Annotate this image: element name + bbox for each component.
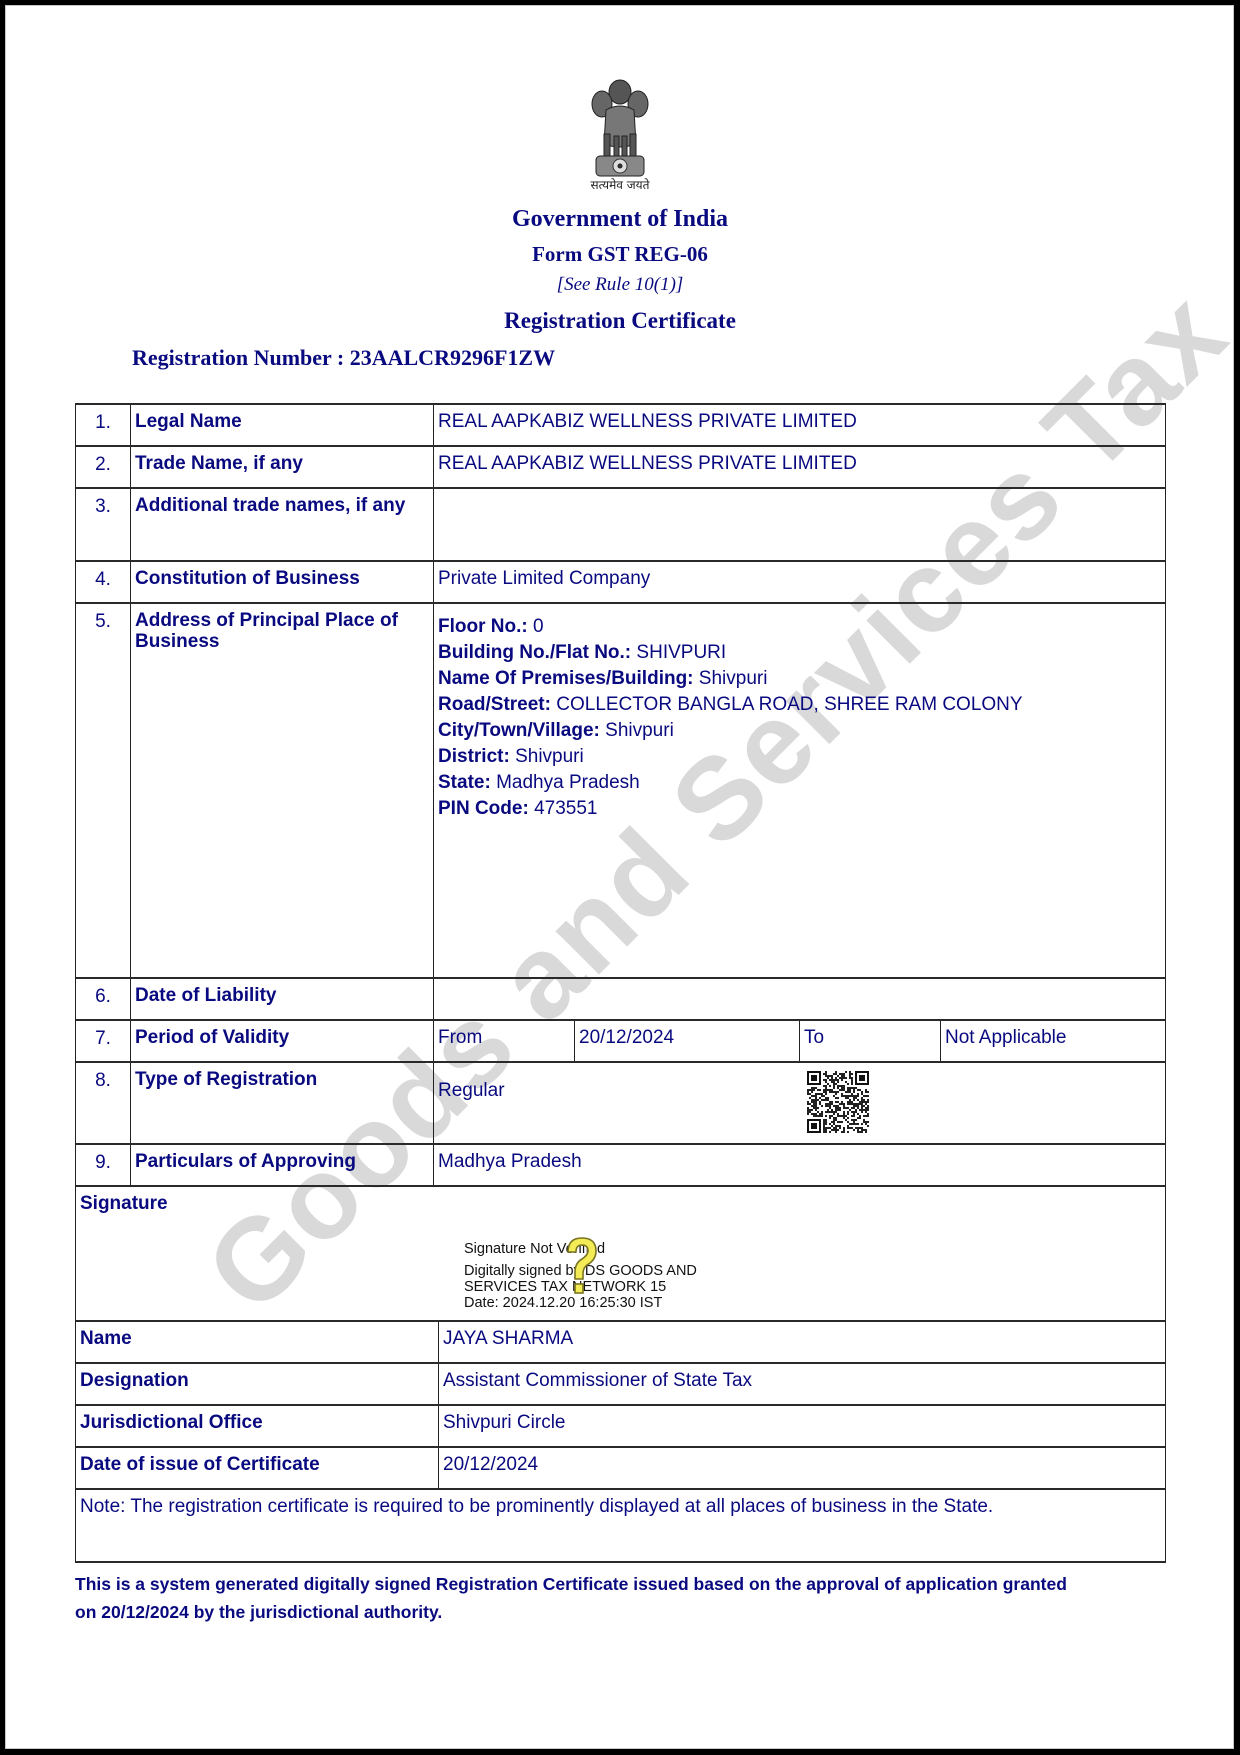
registration-number: Registration Number : 23AALCR9296F1ZW (132, 345, 555, 371)
address-line: Floor No.: 0 (438, 614, 1161, 640)
row-number: 8. (76, 1063, 131, 1143)
row-number: 9. (76, 1145, 131, 1185)
approving-authority-value: Madhya Pradesh (434, 1145, 1165, 1185)
table-row: 8. Type of Registration Regular (75, 1063, 1166, 1145)
row-number: 2. (76, 447, 131, 487)
note-row: Note: The registration certificate is re… (75, 1490, 1166, 1563)
row-label: Additional trade names, if any (131, 489, 434, 560)
form-title: Form GST REG-06 (0, 242, 1240, 267)
row-number: 7. (76, 1021, 131, 1061)
row-label: Date of Liability (131, 979, 434, 1019)
validity-from-label: From (434, 1021, 575, 1061)
table-row: 4. Constitution of Business Private Limi… (75, 562, 1166, 604)
footer-line: on 20/12/2024 by the jurisdictional auth… (75, 1598, 1175, 1626)
certificate-title: Registration Certificate (0, 308, 1240, 334)
table-row: Designation Assistant Commissioner of St… (75, 1364, 1166, 1406)
row-label: Particulars of Approving (131, 1145, 434, 1185)
row-number: 4. (76, 562, 131, 602)
trade-name-value: REAL AAPKABIZ WELLNESS PRIVATE LIMITED (434, 447, 1165, 487)
legal-name-value: REAL AAPKABIZ WELLNESS PRIVATE LIMITED (434, 405, 1165, 445)
officer-label: Name (76, 1322, 439, 1362)
officer-label: Jurisdictional Office (76, 1406, 439, 1446)
address-line: State: Madhya Pradesh (438, 770, 1161, 796)
footer-line: This is a system generated digitally sig… (75, 1570, 1175, 1598)
row-number: 1. (76, 405, 131, 445)
registration-number-label: Registration Number : (132, 345, 344, 370)
table-row: 3. Additional trade names, if any (75, 489, 1166, 562)
address-line: Road/Street: COLLECTOR BANGLA ROAD, SHRE… (438, 692, 1161, 718)
table-row: Date of issue of Certificate 20/12/2024 (75, 1448, 1166, 1490)
table-row: 2. Trade Name, if any REAL AAPKABIZ WELL… (75, 447, 1166, 489)
row-number: 6. (76, 979, 131, 1019)
address-line: City/Town/Village: Shivpuri (438, 718, 1161, 744)
signature-title: Signature (80, 1193, 168, 1215)
emblem-motto: सत्यमेव जयते (560, 176, 680, 193)
government-title: Government of India (0, 206, 1240, 233)
validity-to-date: Not Applicable (941, 1021, 1165, 1061)
validity-value: From 20/12/2024 To Not Applicable (434, 1021, 1165, 1061)
row-number: 3. (76, 489, 131, 560)
table-row: 6. Date of Liability (75, 979, 1166, 1021)
row-number: 5. (76, 604, 131, 977)
certificate-table: 1. Legal Name REAL AAPKABIZ WELLNESS PRI… (75, 403, 1166, 1563)
validity-from-date: 20/12/2024 (575, 1021, 800, 1061)
row-label: Trade Name, if any (131, 447, 434, 487)
table-row: 9. Particulars of Approving Madhya Prade… (75, 1145, 1166, 1187)
officer-label: Designation (76, 1364, 439, 1404)
row-label: Address of Principal Place of Business (131, 604, 434, 977)
constitution-value: Private Limited Company (434, 562, 1165, 602)
table-row: 7. Period of Validity From 20/12/2024 To… (75, 1021, 1166, 1063)
qr-code-icon[interactable] (805, 1069, 871, 1135)
signature-section: Signature Signature Not Verified Digital… (75, 1187, 1166, 1322)
rule-reference: [See Rule 10(1)] (0, 274, 1240, 296)
row-label: Type of Registration (131, 1063, 434, 1143)
address-line: District: Shivpuri (438, 744, 1161, 770)
validity-to-label: To (800, 1021, 941, 1061)
date-of-liability-value (434, 979, 1165, 1019)
address-line: PIN Code: 473551 (438, 796, 1161, 822)
registration-type-value: Regular (434, 1063, 1165, 1143)
table-row: 5. Address of Principal Place of Busines… (75, 604, 1166, 979)
row-label: Period of Validity (131, 1021, 434, 1061)
question-mark-icon (562, 1234, 602, 1300)
address-value: Floor No.: 0 Building No./Flat No.: SHIV… (434, 604, 1165, 977)
note-text: Note: The registration certificate is re… (76, 1490, 1165, 1561)
address-line: Name Of Premises/Building: Shivpuri (438, 666, 1161, 692)
officer-name-value: JAYA SHARMA (439, 1322, 1165, 1362)
table-row: Jurisdictional Office Shivpuri Circle (75, 1406, 1166, 1448)
address-line: Building No./Flat No.: SHIVPURI (438, 640, 1161, 666)
footer-statement: This is a system generated digitally sig… (75, 1570, 1175, 1626)
row-label: Constitution of Business (131, 562, 434, 602)
designation-value: Assistant Commissioner of State Tax (439, 1364, 1165, 1404)
table-row: Name JAYA SHARMA (75, 1322, 1166, 1364)
additional-trade-names-value (434, 489, 1165, 560)
registration-number-value: 23AALCR9296F1ZW (350, 345, 555, 370)
table-row: 1. Legal Name REAL AAPKABIZ WELLNESS PRI… (75, 403, 1166, 447)
issue-date-value: 20/12/2024 (439, 1448, 1165, 1488)
jurisdictional-office-value: Shivpuri Circle (439, 1406, 1165, 1446)
officer-label: Date of issue of Certificate (76, 1448, 439, 1488)
row-label: Legal Name (131, 405, 434, 445)
